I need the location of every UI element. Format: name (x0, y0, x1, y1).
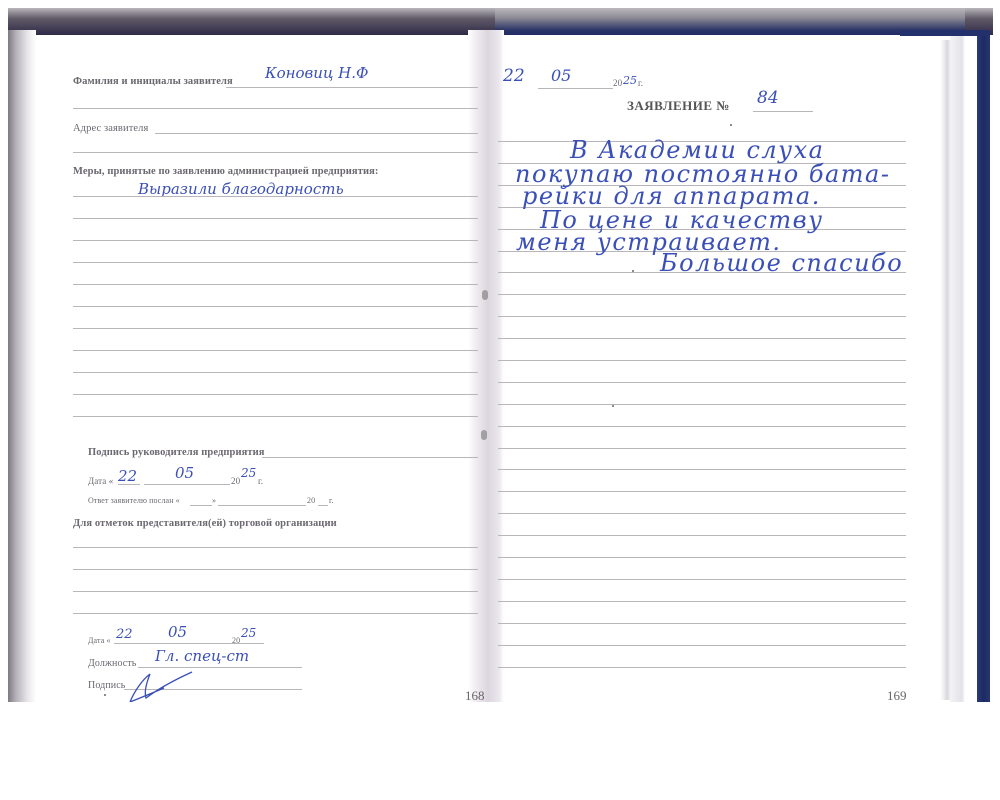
date1-label: Дата « (88, 476, 113, 486)
date-year-prefix: 20 (613, 78, 622, 88)
date2-year-suffix: 25 (241, 626, 256, 640)
ruled-line (73, 569, 478, 570)
date-year-suffix: 25 (623, 74, 637, 87)
applicant-address-line (155, 133, 478, 134)
blue-cover-top (900, 30, 990, 36)
blue-cover-edge (977, 30, 990, 702)
applicant-address-label: Адрес заявителя (73, 123, 148, 134)
ruled-line (73, 416, 478, 417)
ruled-line (498, 667, 906, 668)
ruled-line (73, 613, 478, 614)
date2-month: 05 (168, 623, 187, 641)
statement-title: ЗАЯВЛЕНИЕ № (627, 98, 730, 114)
ruled-line (73, 240, 478, 241)
measures-label: Меры, принятые по заявлению администраци… (73, 166, 379, 177)
ruled-line (498, 404, 906, 405)
date2-year-prefix: 20 (232, 636, 240, 645)
handwritten-signature (120, 668, 200, 704)
ruled-line (498, 601, 906, 602)
date1-end: г. (258, 476, 263, 486)
scan-blank-area (0, 702, 1000, 800)
date1-month: 05 (175, 464, 194, 482)
manager-signature-label: Подпись руководителя предприятия (88, 447, 265, 458)
ruled-line (73, 108, 478, 109)
statement-number: 84 (757, 88, 779, 108)
reply-year: 20 (307, 496, 315, 505)
ruled-line (73, 196, 478, 197)
ruled-line (73, 284, 478, 285)
date-day: 22 (503, 66, 525, 86)
ruled-line (498, 469, 906, 470)
applicant-name-line (226, 87, 478, 88)
scanned-logbook-spread: Фамилия и инициалы заявителя Коновиц Н.Ф… (0, 0, 1000, 800)
ruled-line (498, 623, 906, 624)
book-top-edge-right (495, 8, 965, 35)
statement-body-line: Большое спасибо (660, 249, 903, 277)
reply-end: г. (329, 496, 334, 505)
statement-number-line (753, 111, 813, 112)
reply-year-line (318, 505, 328, 506)
ruled-line (73, 152, 478, 153)
ink-speck (730, 124, 732, 126)
ruled-line (498, 338, 906, 339)
position-value: Гл. спец-ст (155, 647, 249, 665)
ruled-line (73, 262, 478, 263)
ruled-line (498, 316, 906, 317)
ruled-line (498, 491, 906, 492)
date2-line (114, 643, 264, 644)
ruled-line (73, 218, 478, 219)
ruled-line (498, 360, 906, 361)
reply-month-line (218, 505, 306, 506)
ruled-line (498, 382, 906, 383)
date-end: г. (638, 78, 643, 88)
date-month-line (538, 88, 613, 89)
date1-year-prefix: 20 (231, 476, 240, 486)
date2-label: Дата « (88, 636, 111, 645)
ink-speck (612, 405, 614, 407)
ruled-line (73, 547, 478, 548)
reply-label: Ответ заявителю послан « (88, 496, 180, 505)
ruled-line (498, 535, 906, 536)
ruled-line (73, 350, 478, 351)
date1-year-suffix: 25 (241, 466, 256, 480)
date1-month-line (144, 484, 230, 485)
ruled-line (73, 328, 478, 329)
applicant-name-label: Фамилия и инициалы заявителя (73, 76, 233, 87)
ruled-line (498, 294, 906, 295)
ruled-line (498, 448, 906, 449)
date2-day: 22 (116, 627, 133, 642)
binding-staple (482, 290, 488, 300)
ruled-line (73, 394, 478, 395)
ink-speck (104, 694, 106, 696)
ruled-line (73, 372, 478, 373)
date1-day: 22 (118, 467, 137, 485)
ruled-line (73, 306, 478, 307)
ruled-line (498, 426, 906, 427)
applicant-name-value: Коновиц Н.Ф (265, 64, 368, 82)
binding-staple (481, 430, 487, 440)
ink-speck (632, 270, 634, 272)
ruled-line (73, 591, 478, 592)
ruled-line (498, 513, 906, 514)
date-month: 05 (551, 66, 571, 85)
reply-day-line (190, 505, 212, 506)
reply-mid: » (212, 496, 216, 505)
ruled-line (498, 645, 906, 646)
rep-marks-label: Для отметок представителя(ей) торговой о… (73, 518, 337, 529)
cover-inner-right (950, 30, 980, 702)
manager-signature-line (262, 457, 478, 458)
book-left-edge (8, 30, 36, 702)
ruled-line (498, 579, 906, 580)
ruled-line (498, 557, 906, 558)
